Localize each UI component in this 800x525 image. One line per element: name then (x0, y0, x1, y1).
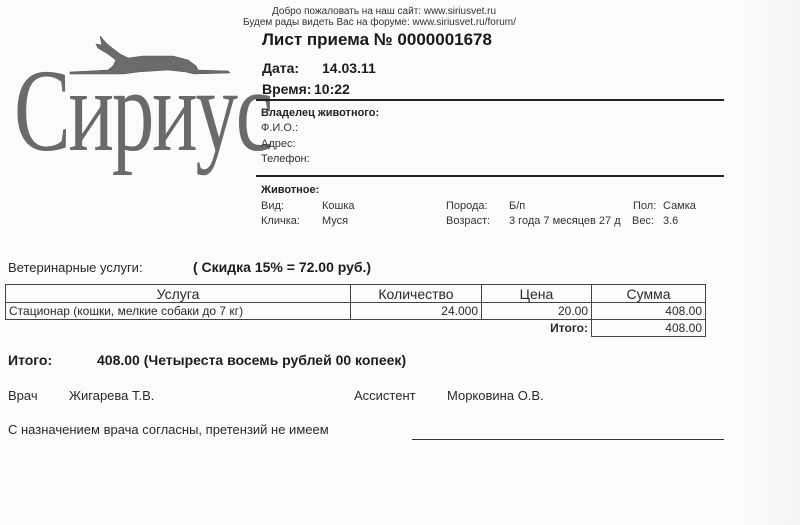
document-title: Лист приема № 0000001678 (262, 30, 492, 50)
table-total-label: Итого: (482, 320, 592, 337)
discount-info: ( Скидка 15% = 72.00 руб.) (193, 259, 371, 275)
date-value: 14.03.11 (322, 60, 376, 76)
time-label: Время: (262, 81, 311, 97)
summary-total-label: Итого: (8, 352, 52, 368)
services-label: Ветеринарные услуги: (8, 260, 143, 275)
owner-phone-label: Телефон: (261, 153, 310, 165)
sex-value: Самка (663, 200, 696, 212)
breed-value: Б/п (509, 200, 525, 212)
time-value: 10:22 (314, 81, 350, 97)
weight-value: 3.6 (663, 215, 678, 227)
signature-line (412, 439, 724, 440)
service-cell: Стационар (кошки, мелкие собаки до 7 кг) (6, 303, 351, 320)
owner-address-label: Адрес: (261, 138, 296, 150)
owner-section-label: Владелец животного: (261, 107, 379, 119)
agreement-text: С назначением врача согласны, претензий … (8, 422, 329, 437)
services-table: Услуга Количество Цена Сумма Стационар (… (5, 284, 706, 337)
owner-name-label: Ф.И.О.: (261, 122, 298, 134)
sex-label: Пол: (633, 200, 656, 212)
assistant-value: Морковина О.В. (447, 388, 544, 403)
price-cell: 20.00 (482, 303, 592, 320)
table-total-row: Итого: 408.00 (6, 320, 706, 337)
divider-middle (256, 175, 724, 177)
species-value: Кошка (322, 200, 355, 212)
date-label: Дата: (262, 60, 299, 76)
quantity-cell: 24.000 (351, 303, 482, 320)
assistant-label: Ассистент (354, 388, 416, 403)
doctor-label: Врач (8, 388, 38, 403)
table-header-row: Услуга Количество Цена Сумма (6, 285, 706, 303)
table-total-value: 408.00 (592, 320, 706, 337)
pet-name-value: Муся (322, 215, 348, 227)
logo-text: Сириус (14, 52, 271, 170)
column-header-price: Цена (482, 285, 592, 303)
column-header-service: Услуга (6, 285, 351, 303)
divider-top (256, 99, 724, 101)
species-label: Вид: (261, 200, 284, 212)
column-header-sum: Сумма (592, 285, 706, 303)
summary-total-value: 408.00 (Четыреста восемь рублей 00 копее… (97, 352, 406, 368)
animal-section-label: Животное: (261, 184, 319, 196)
age-label: Возраст: (446, 215, 490, 227)
scan-edge-shadow (740, 0, 800, 525)
column-header-quantity: Количество (351, 285, 482, 303)
doctor-value: Жигарева Т.В. (69, 388, 154, 403)
age-value: 3 года 7 месяцев 27 д (509, 215, 621, 227)
table-row: Стационар (кошки, мелкие собаки до 7 кг)… (6, 303, 706, 320)
pet-name-label: Кличка: (261, 215, 300, 227)
welcome-line-2: Будем рады видеть Вас на форуме: www.sir… (243, 17, 516, 28)
breed-label: Порода: (446, 200, 488, 212)
weight-label: Вес: (632, 215, 654, 227)
welcome-line-1: Добро пожаловать на наш сайт: www.sirius… (272, 6, 496, 17)
sum-cell: 408.00 (592, 303, 706, 320)
